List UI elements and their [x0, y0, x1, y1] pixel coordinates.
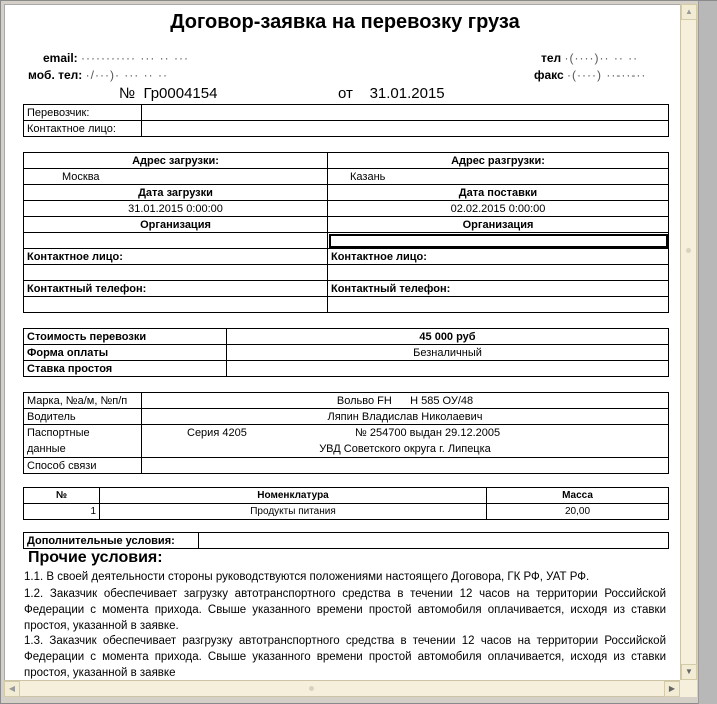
- loading-phone-label: Контактный телефон:: [24, 281, 328, 297]
- loading-org-label: Организация: [24, 217, 328, 233]
- comm-value[interactable]: [142, 458, 669, 474]
- phone-label: тел: [541, 51, 561, 65]
- background-window-edge: [698, 1, 717, 704]
- contact-value-row: [24, 265, 669, 281]
- mobile-row: моб. тел: ·/···)· ··· ·· ··: [28, 68, 168, 82]
- mobile-value: ·/···)· ··· ·· ··: [86, 68, 168, 82]
- unloading-org-selected-cell[interactable]: [328, 233, 669, 249]
- carrier-contact-value[interactable]: [142, 121, 669, 137]
- unloading-date[interactable]: 02.02.2015 0:00:00: [328, 201, 669, 217]
- vehicle-brand-label: Марка, №а/м, №п/п: [24, 393, 142, 409]
- org-value-row: [24, 233, 669, 249]
- carrier-table: Перевозчик: Контактное лицо:: [23, 104, 669, 137]
- email-value: ··········· ··· ·· ···: [81, 51, 189, 65]
- cost-label: Стоимость перевозки: [24, 329, 227, 345]
- vehicle-table: Марка, №а/м, №п/п Вольво FH Н 585 ОУ/48 …: [23, 392, 669, 474]
- carrier-label: Перевозчик:: [24, 105, 142, 121]
- cargo-header-row: № Номенклатура Масса: [24, 488, 669, 504]
- passport-label: Паспортные данные: [24, 425, 142, 458]
- idle-rate-row: Ставка простоя: [24, 361, 669, 377]
- cargo-header-number: №: [24, 488, 100, 504]
- unloading-contact-label: Контактное лицо:: [328, 249, 669, 265]
- scroll-down-arrow-icon[interactable]: ▼: [681, 664, 697, 680]
- vertical-scrollbar[interactable]: ▲ ▼: [680, 4, 697, 680]
- cargo-header-mass: Масса: [487, 488, 669, 504]
- cost-row: Стоимость перевозки 45 000 руб: [24, 329, 669, 345]
- passport-label-line-1: Паспортные: [27, 425, 138, 441]
- cargo-header-nomenclature: Номенклатура: [100, 488, 487, 504]
- address-value-row: Москва Казань: [24, 169, 669, 185]
- additional-row: Дополнительные условия:: [24, 533, 669, 549]
- passport-label-line-2: данные: [27, 441, 138, 457]
- vehicle-brand: Вольво FH: [337, 395, 392, 407]
- unloading-address-label: Адрес разгрузки:: [328, 153, 669, 169]
- payment-table: Стоимость перевозки 45 000 руб Форма опл…: [23, 328, 669, 377]
- carrier-value[interactable]: [142, 105, 669, 121]
- unloading-contact[interactable]: [328, 265, 669, 281]
- date-header-row: Дата загрузки Дата поставки: [24, 185, 669, 201]
- other-conditions-title: Прочие условия:: [28, 549, 163, 567]
- phone-value: ·(····)·· ·· ··: [565, 51, 639, 65]
- number-label: №: [119, 85, 135, 102]
- contract-date-row: от 31.01.2015: [338, 85, 445, 102]
- unloading-address[interactable]: Казань: [328, 169, 669, 185]
- document-viewport: Договор-заявка на перевозку груза email:…: [4, 4, 680, 680]
- contract-date: 31.01.2015: [370, 85, 445, 102]
- email-label: email:: [43, 51, 78, 65]
- vehicle-brand-row: Марка, №а/м, №п/п Вольво FH Н 585 ОУ/48: [24, 393, 669, 409]
- loading-date-label: Дата загрузки: [24, 185, 328, 201]
- document-title: Договор-заявка на перевозку груза: [20, 11, 670, 34]
- loading-contact-label: Контактное лицо:: [24, 249, 328, 265]
- cargo-row-mass[interactable]: 20,00: [487, 504, 669, 520]
- unloading-phone-label: Контактный телефон:: [328, 281, 669, 297]
- phone-row: тел ·(····)·· ·· ··: [541, 51, 638, 65]
- contact-header-row: Контактное лицо: Контактное лицо:: [24, 249, 669, 265]
- unloading-phone[interactable]: [328, 297, 669, 313]
- unloading-date-label: Дата поставки: [328, 185, 669, 201]
- additional-label: Дополнительные условия:: [24, 533, 199, 549]
- condition-1-2: 1.2. Заказчик обеспечивает загрузку авто…: [24, 586, 666, 634]
- cargo-row-nomenclature[interactable]: Продукты питания: [100, 504, 487, 520]
- loading-contact[interactable]: [24, 265, 328, 281]
- additional-table: Дополнительные условия:: [23, 532, 669, 549]
- payment-form-value[interactable]: Безналичный: [227, 345, 669, 361]
- passport-issuer: УВД Советского округа г. Липецка: [145, 441, 665, 457]
- cargo-table: № Номенклатура Масса 1 Продукты питания …: [23, 487, 669, 520]
- date-value-row: 31.01.2015 0:00:00 02.02.2015 0:00:00: [24, 201, 669, 217]
- phone-value-row: [24, 297, 669, 313]
- scroll-left-arrow-icon[interactable]: ◀: [4, 681, 20, 697]
- comm-label: Способ связи: [24, 458, 142, 474]
- loading-org[interactable]: [24, 233, 328, 249]
- carrier-row: Перевозчик:: [24, 105, 669, 121]
- additional-value[interactable]: [199, 533, 669, 549]
- payment-form-row: Форма оплаты Безналичный: [24, 345, 669, 361]
- passport-number: № 254700 выдан 29.12.2005: [355, 425, 500, 441]
- window-frame: Договор-заявка на перевозку груза email:…: [0, 0, 717, 704]
- email-row: email: ··········· ··· ·· ···: [43, 51, 189, 65]
- cost-value[interactable]: 45 000 руб: [227, 329, 669, 345]
- scroll-right-arrow-icon[interactable]: ▶: [664, 681, 680, 697]
- passport-row: Паспортные данные Серия 4205 № 254700 вы…: [24, 425, 669, 458]
- payment-form-label: Форма оплаты: [24, 345, 227, 361]
- org-header-row: Организация Организация: [24, 217, 669, 233]
- comm-row: Способ связи: [24, 458, 669, 474]
- loading-address[interactable]: Москва: [24, 169, 328, 185]
- condition-1-1: 1.1. В своей деятельности стороны руково…: [24, 569, 666, 585]
- condition-1-3: 1.3. Заказчик обеспечивает разгрузку авт…: [24, 633, 666, 680]
- scroll-up-arrow-icon[interactable]: ▲: [681, 4, 697, 20]
- driver-row: Водитель Ляпин Владислав Николаевич: [24, 409, 669, 425]
- vehicle-brand-cell[interactable]: Вольво FH Н 585 ОУ/48: [142, 393, 669, 409]
- carrier-contact-row: Контактное лицо:: [24, 121, 669, 137]
- hscroll-thumb-grip-icon[interactable]: [309, 686, 314, 691]
- loading-address-label: Адрес загрузки:: [24, 153, 328, 169]
- horizontal-scrollbar[interactable]: ◀ ▶: [4, 680, 680, 697]
- fax-label: факс: [534, 68, 564, 82]
- addresses-table: Адрес загрузки: Адрес разгрузки: Москва …: [23, 152, 669, 313]
- contract-number-row: № Гр0004154: [119, 85, 217, 102]
- carrier-contact-label: Контактное лицо:: [24, 121, 142, 137]
- driver-name[interactable]: Ляпин Владислав Николаевич: [142, 409, 669, 425]
- contract-number: Гр0004154: [143, 85, 217, 102]
- idle-rate-label: Ставка простоя: [24, 361, 227, 377]
- mobile-label: моб. тел:: [28, 68, 82, 82]
- unloading-org-label: Организация: [328, 217, 669, 233]
- passport-series: Серия 4205: [187, 425, 247, 441]
- address-header-row: Адрес загрузки: Адрес разгрузки:: [24, 153, 669, 169]
- passport-data[interactable]: Серия 4205 № 254700 выдан 29.12.2005 УВД…: [142, 425, 669, 458]
- loading-date[interactable]: 31.01.2015 0:00:00: [24, 201, 328, 217]
- cargo-row: 1 Продукты питания 20,00: [24, 504, 669, 520]
- scrollbar-corner: [680, 680, 697, 697]
- scroll-thumb-grip-icon[interactable]: [686, 248, 691, 253]
- fax-row: факс ·(····) ··-··-··: [534, 68, 646, 82]
- date-label: от: [338, 85, 353, 102]
- cargo-row-number: 1: [24, 504, 100, 520]
- idle-rate-value[interactable]: [227, 361, 669, 377]
- driver-label: Водитель: [24, 409, 142, 425]
- phone-header-row: Контактный телефон: Контактный телефон:: [24, 281, 669, 297]
- fax-value: ·(····) ··-··-··: [567, 68, 646, 82]
- loading-phone[interactable]: [24, 297, 328, 313]
- vehicle-plate: Н 585 ОУ/48: [410, 395, 473, 407]
